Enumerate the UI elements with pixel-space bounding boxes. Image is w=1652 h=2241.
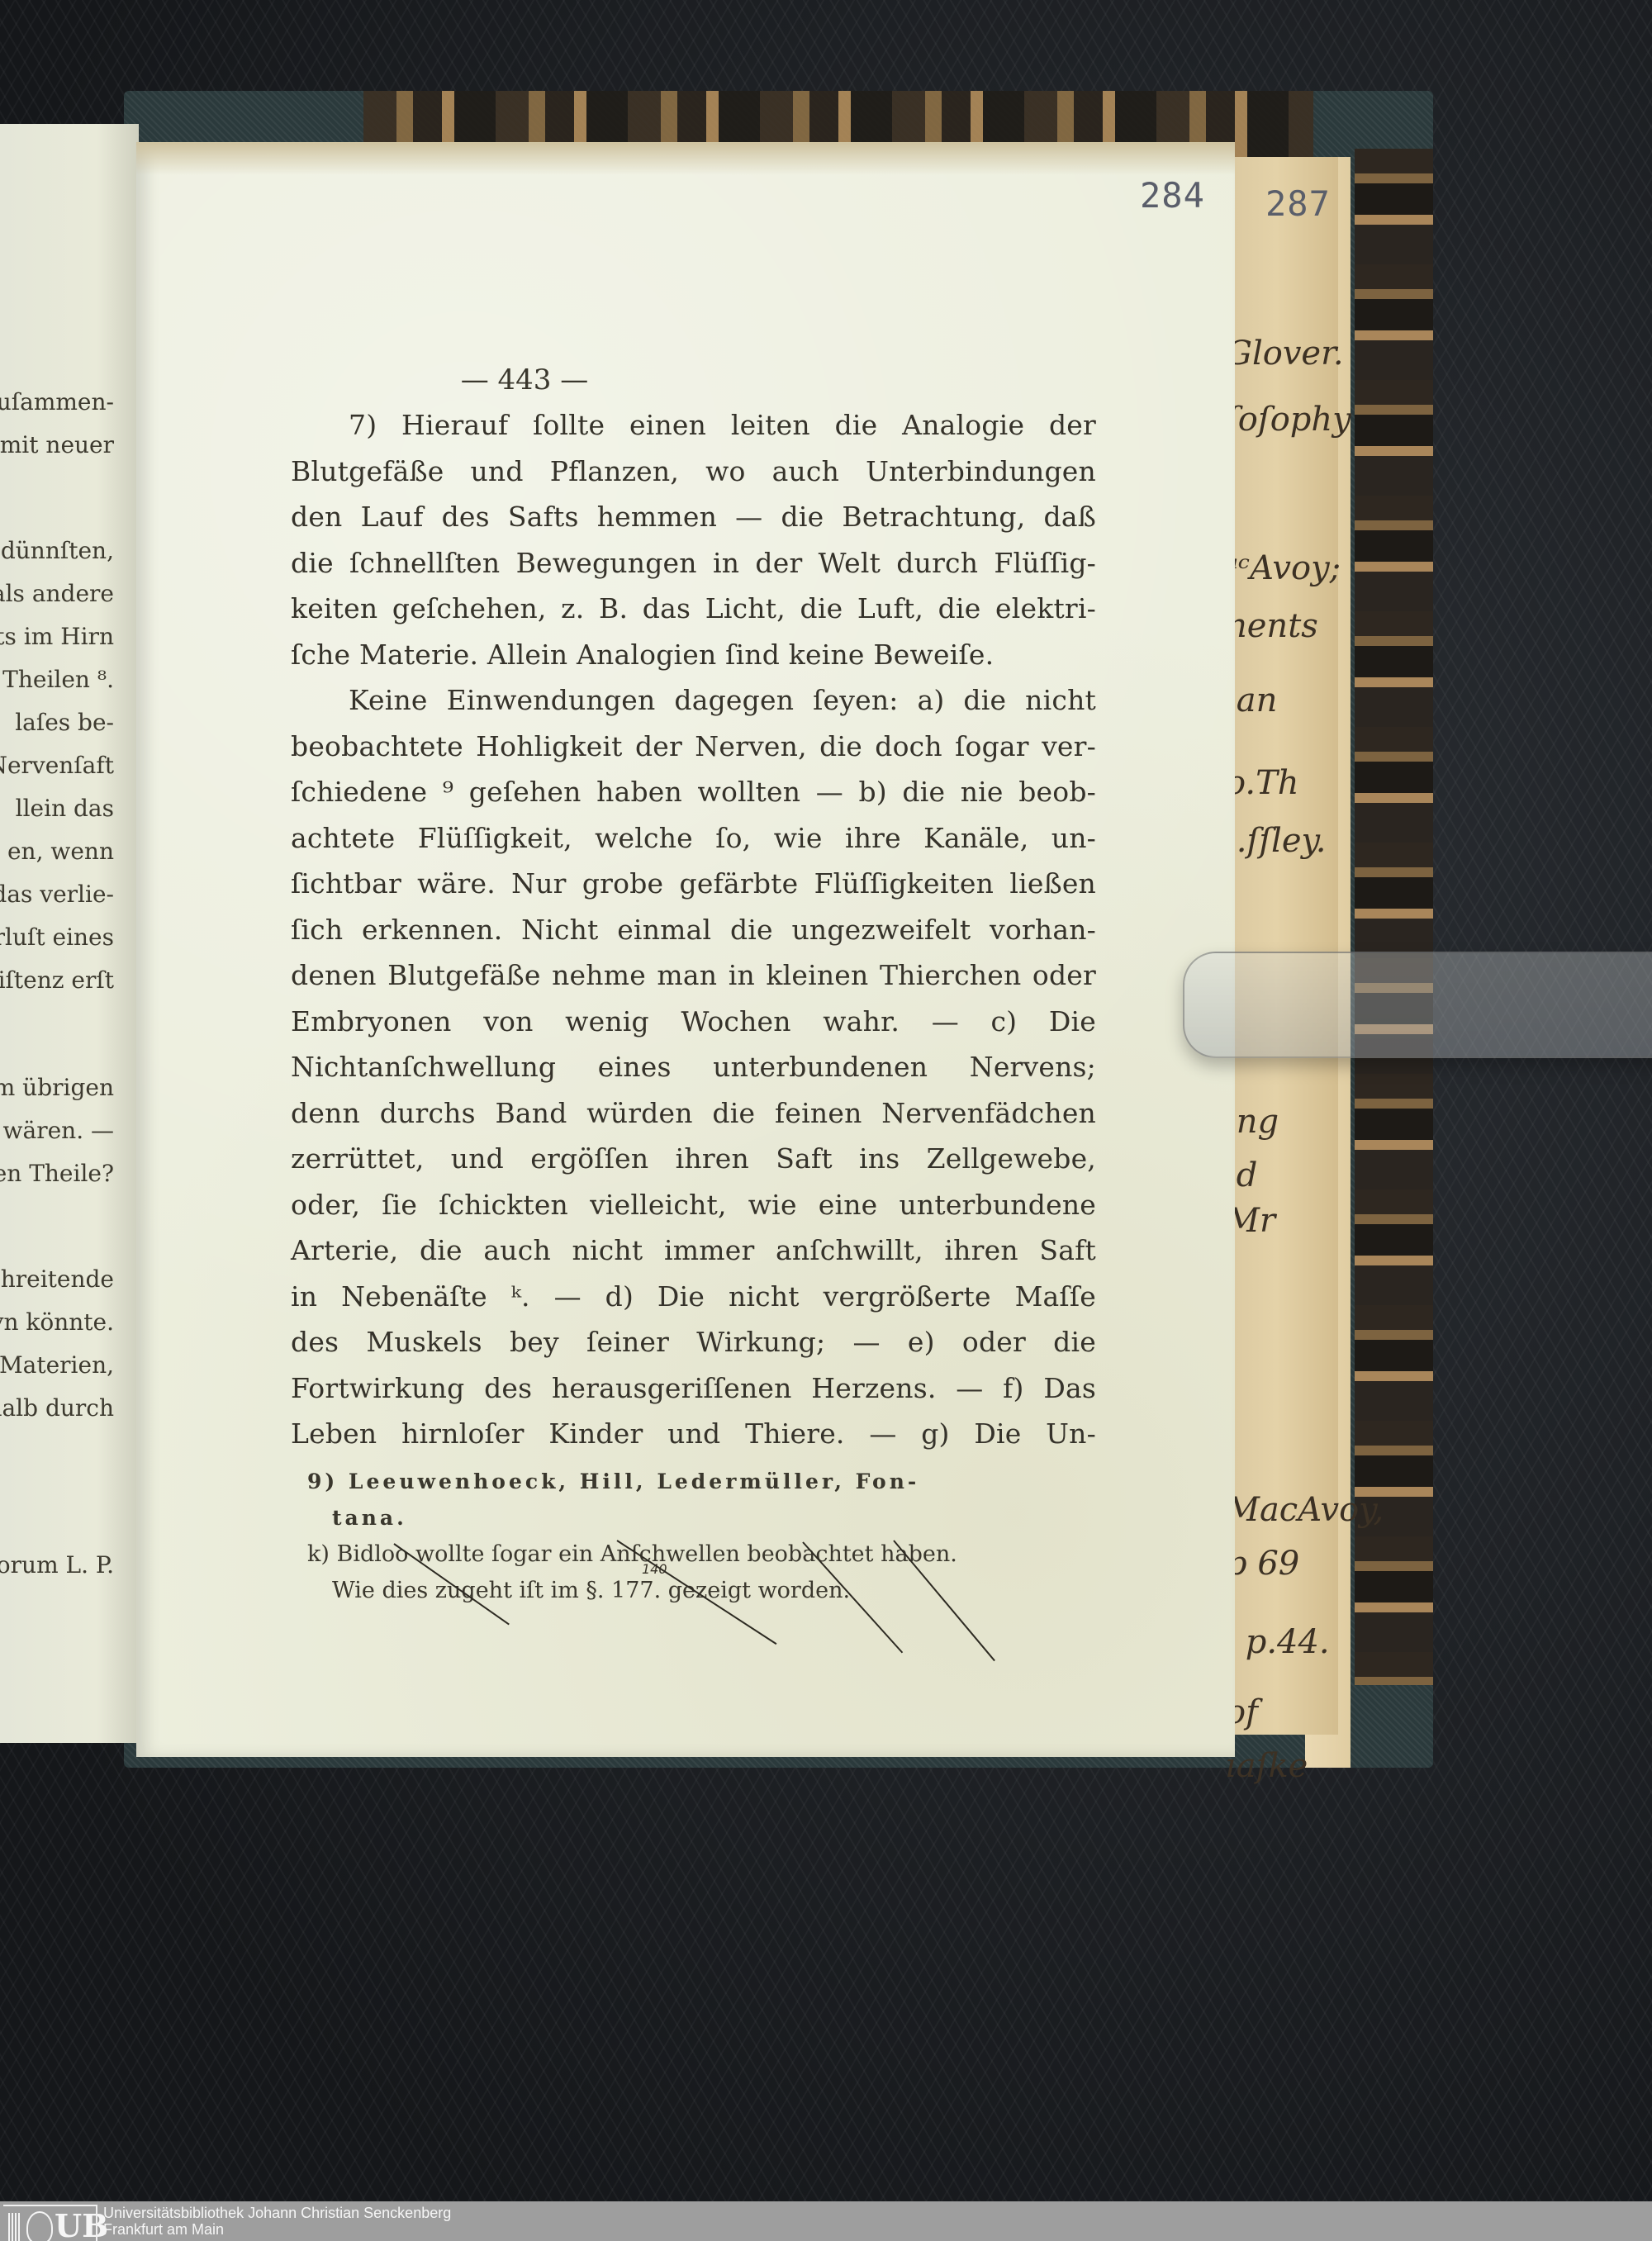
text-line: zerrüttet, und ergöſſen ihren Saft ins Z… xyxy=(291,1136,1096,1182)
text-line: Keine Einwendungen dagegen ſeyen: a) die… xyxy=(291,677,1096,724)
text-line: Leben hirnloſer Kinder und Thiere. — g) … xyxy=(291,1411,1096,1457)
left-page-fragment: ts im Hirn xyxy=(0,623,114,650)
marbled-edge-right xyxy=(1355,149,1433,1685)
left-page-fragment: dünnſten, xyxy=(1,537,114,564)
recto-page: 284 — 443 — 7) Hierauf ſollte einen leit… xyxy=(136,142,1235,1757)
left-page-fragment: wären. — xyxy=(3,1117,114,1144)
text-line: des Muskels bey ſeiner Wirkung; — e) ode… xyxy=(291,1319,1096,1365)
footnote-9: 9) Leeuwenhoeck, Hill, Ledermüller, Fon- xyxy=(291,1464,1096,1500)
left-page-fragment: en Theile? xyxy=(0,1160,114,1187)
logo-divider xyxy=(96,2208,97,2238)
handwritten-note: ..ſſley. xyxy=(1226,822,1327,860)
glass-page-weight xyxy=(1183,952,1652,1058)
text-line: ſchiedene ⁹ geſehen haben wollten — b) d… xyxy=(291,769,1096,815)
text-line: 7) Hierauf ſollte einen leiten die Analo… xyxy=(291,402,1096,449)
left-page-fragment: Materien, xyxy=(0,1351,114,1379)
footnote-9-continued: tana. xyxy=(291,1500,1096,1536)
left-page-fragment: als andere xyxy=(0,580,114,607)
left-page-fragment: ſchreitende xyxy=(0,1265,114,1293)
page-top-stain xyxy=(136,142,1235,175)
body-text: 7) Hierauf ſollte einen leiten die Analo… xyxy=(291,402,1096,1609)
text-line: keiten geſchehen, z. B. das Licht, die L… xyxy=(291,586,1096,632)
text-line: ſich erkennen. Nicht einmal die ungezwei… xyxy=(291,907,1096,953)
text-line: Nichtanſchwellung eines unterbundenen Ne… xyxy=(291,1044,1096,1090)
text-line: den Lauf des Safts hemmen — die Betracht… xyxy=(291,494,1096,540)
footnote-k: k) Bidloo wollte ſogar ein Anſchwellen b… xyxy=(291,1536,1096,1573)
institution-line-2: Frankfurt am Main xyxy=(103,2221,451,2238)
page-number: — 443 — xyxy=(0,363,1074,396)
columns-icon xyxy=(8,2213,20,2241)
left-page-fragment: mit neuer xyxy=(0,431,114,458)
handwritten-note: MacAvoy, xyxy=(1226,1491,1384,1529)
logo-text: UB xyxy=(55,2208,108,2241)
footer-credit-bar: UB Universitätsbibliothek Johann Christi… xyxy=(0,2201,1652,2241)
left-page-fragment: das verlie- xyxy=(0,881,114,908)
handwritten-note: ' p.44. xyxy=(1226,1623,1330,1661)
institution-line-1: Universitätsbibliothek Johann Christian … xyxy=(103,2205,451,2221)
left-page-fragment: laſes be- xyxy=(15,709,114,736)
handwritten-note: p 69 xyxy=(1226,1545,1299,1583)
handwritten-note: Glover. xyxy=(1226,335,1344,373)
text-line: Arterie, die auch nicht immer anſchwillt… xyxy=(291,1227,1096,1274)
left-page-fragment: en, wenn xyxy=(7,838,114,865)
handwritten-note: nents xyxy=(1226,607,1318,645)
left-page-fragment: xiſtenz erſt xyxy=(0,966,114,994)
text-line: denn durchs Band würden die feinen Nerve… xyxy=(291,1090,1096,1137)
handwritten-note: ſoſophy xyxy=(1226,401,1351,439)
left-page-fragment: eyn könnte. xyxy=(0,1308,114,1336)
text-line: die ſchnellſten Bewegungen in der Welt d… xyxy=(291,540,1096,586)
text-line: ſichtbar wäre. Nur grobe gefärbte Flüſſi… xyxy=(291,861,1096,907)
left-page-fragment: rluſt eines xyxy=(0,923,114,951)
pencil-slip-number: 287 xyxy=(1265,183,1331,224)
text-line: ſche Materie. Allein Analogien ſind kein… xyxy=(291,632,1096,678)
portrait-icon xyxy=(26,2211,53,2241)
text-line: achtete Flüſſigkeit, welche ſo, wie ihre… xyxy=(291,815,1096,862)
text-line: Blutgefäße und Pflanzen, wo auch Unterbi… xyxy=(291,449,1096,495)
struck-footnote-k: k) Bidloo wollte ſogar ein Anſchwellen b… xyxy=(291,1536,1096,1609)
institution-name: Universitätsbibliothek Johann Christian … xyxy=(103,2205,451,2238)
handwritten-note: ᵃᶜAvoy; xyxy=(1226,549,1341,587)
text-line: Fortwirkung des herausgeriſſenen Herzens… xyxy=(291,1365,1096,1412)
left-page-fragment: Theilen ⁸. xyxy=(2,666,114,693)
handwritten-note: iaſke xyxy=(1226,1747,1308,1785)
text-line: Embryonen von wenig Wochen wahr. — c) Di… xyxy=(291,999,1096,1045)
left-page-fragment: Nervenſaft xyxy=(0,752,114,779)
left-page-fragment: m übrigen xyxy=(0,1074,114,1101)
text-line: denen Blutgefäße nehme man in kleinen Th… xyxy=(291,952,1096,999)
text-line: in Nebenäſte ᵏ. — d) Die nicht vergrößer… xyxy=(291,1274,1096,1320)
text-line: beobachtete Hohligkeit der Nerven, die d… xyxy=(291,724,1096,770)
left-page-fragment: halb durch xyxy=(0,1394,114,1422)
pencil-folio-number: 284 xyxy=(1140,175,1205,216)
text-line: oder, ſie ſchickten vielleicht, wie eine… xyxy=(291,1182,1096,1228)
library-logo: UB xyxy=(3,2205,97,2241)
left-page-fragment: llein das xyxy=(16,795,114,822)
left-page-fragment: rorum L. P. xyxy=(0,1551,114,1579)
handwritten-note: o.Th xyxy=(1226,764,1299,802)
